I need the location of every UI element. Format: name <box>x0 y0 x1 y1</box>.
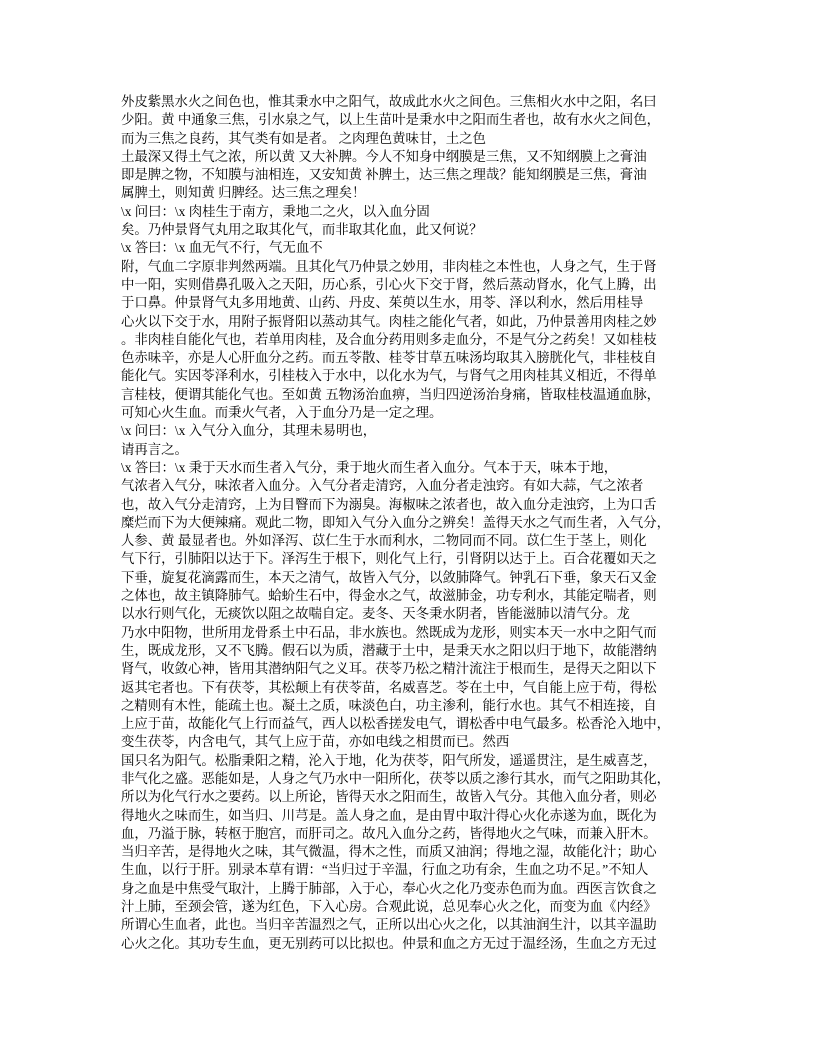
document-page: 外皮紫黑水火之间色也，惟其秉水中之阳气，故成此水火之间色。三焦相火水中之阳，名曰… <box>0 0 816 1056</box>
document-body-text: 外皮紫黑水火之间色也，惟其秉水中之阳气，故成此水火之间色。三焦相火水中之阳，名曰… <box>121 93 707 983</box>
